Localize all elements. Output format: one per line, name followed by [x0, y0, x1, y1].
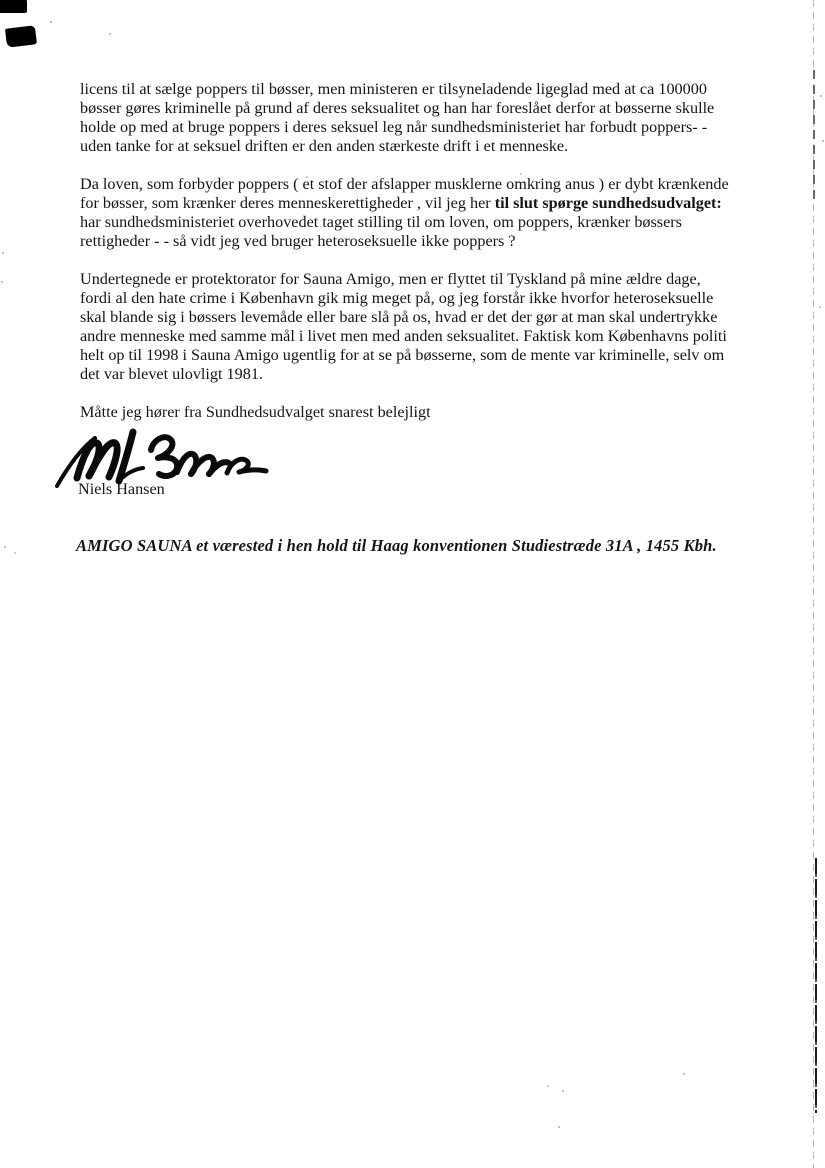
paragraph-2-line2-bold: til slut spørge sundhedsudvalget: [495, 194, 722, 212]
paragraph-2-line: Da loven, som forbyder poppers ( et stof… [80, 175, 780, 194]
footer-address-line: AMIGO SAUNA et værested i hen hold til H… [76, 536, 717, 556]
paragraph-3-line: helt op til 1998 i Sauna Amigo ugentlig … [80, 346, 780, 365]
scan-speck [306, 176, 308, 178]
paragraph-1-line: holde op med at bruge poppers i deres se… [80, 118, 780, 137]
scan-speck [562, 1090, 564, 1092]
scan-speck [4, 546, 6, 548]
paragraph-2-line2-regular: for bøsser, som krænker deres menneskere… [80, 194, 495, 212]
scan-speck [547, 1085, 549, 1087]
scan-speck [520, 173, 522, 175]
scan-speck [558, 1126, 560, 1128]
paragraph-2-line: for bøsser, som krænker deres menneskere… [80, 194, 780, 213]
scan-artifact-edge-line [815, 858, 817, 1113]
paragraph-3: Undertegnede er protektorator for Sauna … [80, 270, 780, 384]
handwritten-signature [55, 428, 269, 488]
scan-speck [819, 306, 821, 308]
paragraph-3-line: fordi al den hate crime i København gik … [80, 289, 780, 308]
scan-speck [820, 95, 822, 97]
paragraph-1-line: licens til at sælge poppers til bøsser, … [80, 80, 780, 99]
scan-artifact-corner-mark [5, 25, 37, 48]
signer-printed-name: Niels Hansen [78, 480, 165, 499]
scanned-letter-page: licens til at sælge poppers til bøsser, … [0, 0, 825, 1168]
paragraph-3-line: Undertegnede er protektorator for Sauna … [80, 270, 780, 289]
letter-body: licens til at sælge poppers til bøsser, … [80, 80, 780, 422]
scan-speck [2, 252, 4, 254]
paragraph-2-line: har sundhedsministeriet overhovedet tage… [80, 213, 780, 232]
scan-speck [50, 21, 52, 23]
scan-speck [1, 281, 3, 283]
scan-artifact-edge-line [813, 70, 815, 200]
scan-artifact-corner-mark [0, 0, 27, 13]
paragraph-3-line: det var blevet ulovligt 1981. [80, 365, 780, 384]
scan-speck [683, 1073, 685, 1075]
paragraph-1: licens til at sælge poppers til bøsser, … [80, 80, 780, 156]
closing-line: Måtte jeg hører fra Sundhedsudvalget sna… [80, 403, 780, 422]
scan-speck [14, 552, 16, 554]
scan-speck [109, 33, 111, 35]
paragraph-2-line: rettigheder - - så vidt jeg ved bruger h… [80, 232, 780, 251]
closing-line-text: Måtte jeg hører fra Sundhedsudvalget sna… [80, 403, 780, 422]
paragraph-3-line: andre menneske med samme mål i livet men… [80, 327, 780, 346]
paragraph-2: Da loven, som forbyder poppers ( et stof… [80, 175, 780, 251]
paragraph-1-line: bøsser gøres kriminelle på grund af dere… [80, 99, 780, 118]
scan-speck [822, 140, 824, 142]
paragraph-3-line: skal blande sig i bøssers levemåde eller… [80, 308, 780, 327]
paragraph-1-line: uden tanke for at seksuel driften er den… [80, 137, 780, 156]
